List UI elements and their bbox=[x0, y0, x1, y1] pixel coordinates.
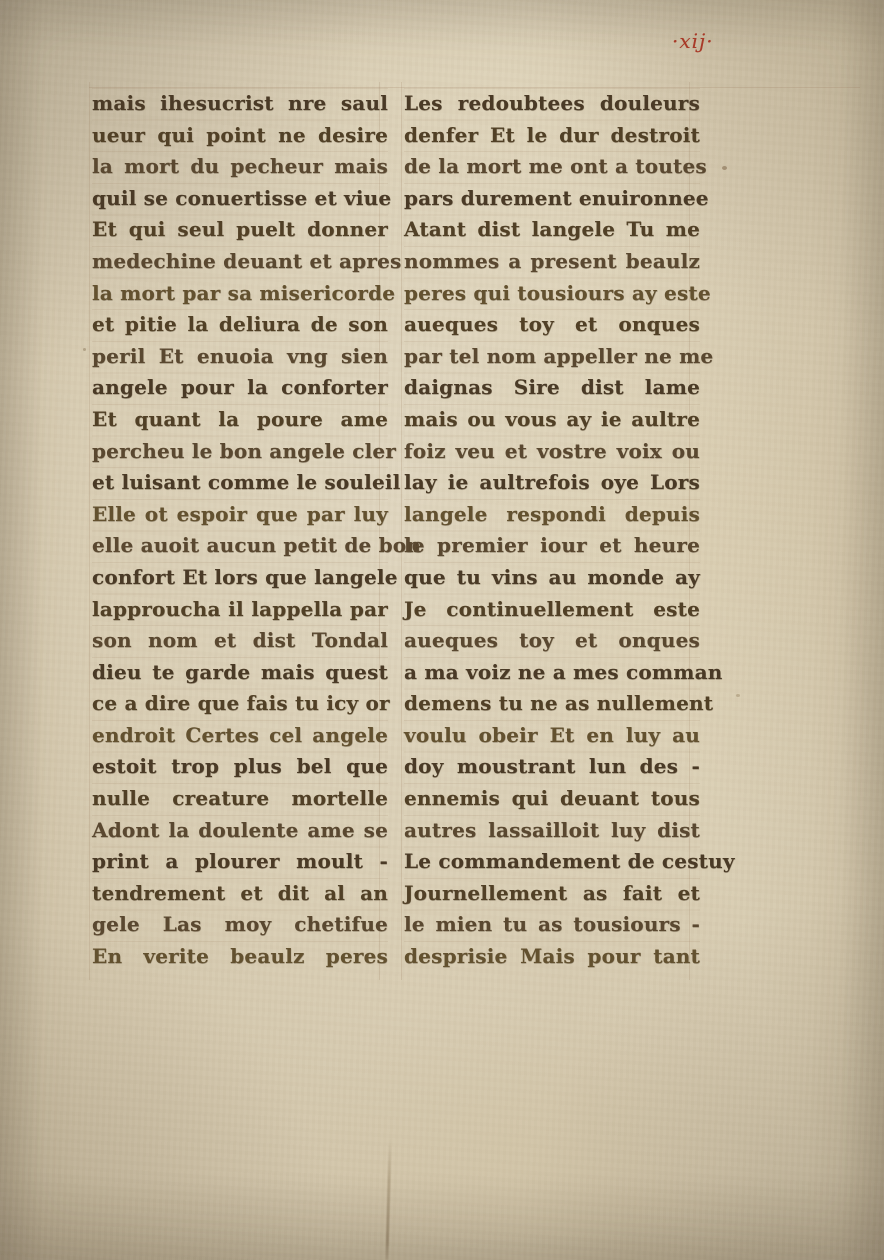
manuscript-text-line: medechine deuant et apres bbox=[92, 246, 388, 278]
manuscript-text-line: langele respondi depuis bbox=[404, 499, 700, 531]
manuscript-text-line: doy moustrant lun des - bbox=[404, 751, 700, 783]
ruling-line-left-outer bbox=[89, 82, 90, 980]
manuscript-text-line: que tu vins au monde ay bbox=[404, 562, 700, 594]
manuscript-text-line: nommes a present beaulz bbox=[404, 246, 700, 278]
folio-number: ·xij· bbox=[672, 29, 714, 53]
manuscript-text-line: nulle creature mortelle bbox=[92, 783, 388, 815]
manuscript-text-line: mais ou vous ay ie aultre bbox=[404, 404, 700, 436]
manuscript-text-line: la mort par sa misericorde bbox=[92, 278, 388, 310]
manuscript-text-line: tendrement et dit al an bbox=[92, 878, 388, 910]
manuscript-text-line: foiz veu et vostre voix ou bbox=[404, 436, 700, 468]
manuscript-text-line: Les redoubtees douleurs bbox=[404, 88, 700, 120]
manuscript-text-line: peres qui tousiours ay este bbox=[404, 278, 700, 310]
manuscript-text-line: Elle ot espoir que par luy bbox=[92, 499, 388, 531]
manuscript-page: ·xij· mais ihesucrist nre saulueur qui p… bbox=[0, 0, 884, 1260]
manuscript-text-line: par tel nom appeller ne me bbox=[404, 341, 700, 373]
manuscript-text-line: Adont la doulente ame se bbox=[92, 815, 388, 847]
manuscript-text-line: dieu te garde mais quest bbox=[92, 657, 388, 689]
parchment-stain bbox=[300, 1000, 720, 1240]
manuscript-text-line: Je continuellement este bbox=[404, 594, 700, 626]
manuscript-text-line: confort Et lors que langele bbox=[92, 562, 388, 594]
manuscript-text-line: elle auoit aucun petit de bon bbox=[92, 530, 388, 562]
ruling-line-right-outer bbox=[401, 82, 402, 980]
manuscript-text-line: le premier iour et heure bbox=[404, 530, 700, 562]
manuscript-text-line: En verite beaulz peres bbox=[92, 941, 388, 973]
manuscript-text-line: la mort du pecheur mais bbox=[92, 151, 388, 183]
ink-speck bbox=[736, 694, 740, 697]
manuscript-text-line: de la mort me ont a toutes bbox=[404, 151, 700, 183]
ink-speck bbox=[722, 166, 727, 170]
manuscript-text-line: quil se conuertisse et viue bbox=[92, 183, 388, 215]
manuscript-text-line: aueques toy et onques bbox=[404, 625, 700, 657]
manuscript-text-line: Journellement as fait et bbox=[404, 878, 700, 910]
manuscript-text-line: mais ihesucrist nre saul bbox=[92, 88, 388, 120]
manuscript-text-line: Et qui seul puelt donner bbox=[92, 214, 388, 246]
manuscript-text-line: lapproucha il lappella par bbox=[92, 594, 388, 626]
manuscript-text-line: Et quant la poure ame bbox=[92, 404, 388, 436]
manuscript-text-line: et luisant comme le souleil bbox=[92, 467, 388, 499]
manuscript-text-line: autres lassailloit luy dist bbox=[404, 815, 700, 847]
manuscript-text-line: angele pour la conforter bbox=[92, 372, 388, 404]
manuscript-text-line: daignas Sire dist lame bbox=[404, 372, 700, 404]
manuscript-text-line: ennemis qui deuant tous bbox=[404, 783, 700, 815]
manuscript-text-line: desprisie Mais pour tant bbox=[404, 941, 700, 973]
manuscript-text-line: endroit Certes cel angele bbox=[92, 720, 388, 752]
manuscript-text-line: lay ie aultrefois oye Lors bbox=[404, 467, 700, 499]
manuscript-text-line: pars durement enuironnee bbox=[404, 183, 700, 215]
text-column-left: mais ihesucrist nre saulueur qui point n… bbox=[92, 88, 388, 973]
manuscript-text-line: voulu obeir Et en luy au bbox=[404, 720, 700, 752]
manuscript-text-line: demens tu ne as nullement bbox=[404, 688, 700, 720]
manuscript-text-line: aueques toy et onques bbox=[404, 309, 700, 341]
manuscript-text-line: et pitie la deliura de son bbox=[92, 309, 388, 341]
manuscript-text-line: estoit trop plus bel que bbox=[92, 751, 388, 783]
manuscript-text-line: Atant dist langele Tu me bbox=[404, 214, 700, 246]
manuscript-text-line: peril Et enuoia vng sien bbox=[92, 341, 388, 373]
ink-speck bbox=[83, 348, 86, 351]
crease-mark bbox=[385, 1138, 391, 1260]
text-column-right: Les redoubtees douleursdenfer Et le dur … bbox=[404, 88, 700, 973]
manuscript-text-line: gele Las moy chetifue bbox=[92, 909, 388, 941]
manuscript-text-line: percheu le bon angele cler bbox=[92, 436, 388, 468]
manuscript-text-line: ueur qui point ne desire bbox=[92, 120, 388, 152]
manuscript-text-line: son nom et dist Tondal bbox=[92, 625, 388, 657]
manuscript-text-line: denfer Et le dur destroit bbox=[404, 120, 700, 152]
manuscript-text-line: a ma voiz ne a mes comman bbox=[404, 657, 700, 689]
manuscript-text-line: ce a dire que fais tu icy or bbox=[92, 688, 388, 720]
manuscript-text-line: le mien tu as tousiours - bbox=[404, 909, 700, 941]
manuscript-text-line: print a plourer moult - bbox=[92, 846, 388, 878]
manuscript-text-line: Le commandement de cestuy bbox=[404, 846, 700, 878]
